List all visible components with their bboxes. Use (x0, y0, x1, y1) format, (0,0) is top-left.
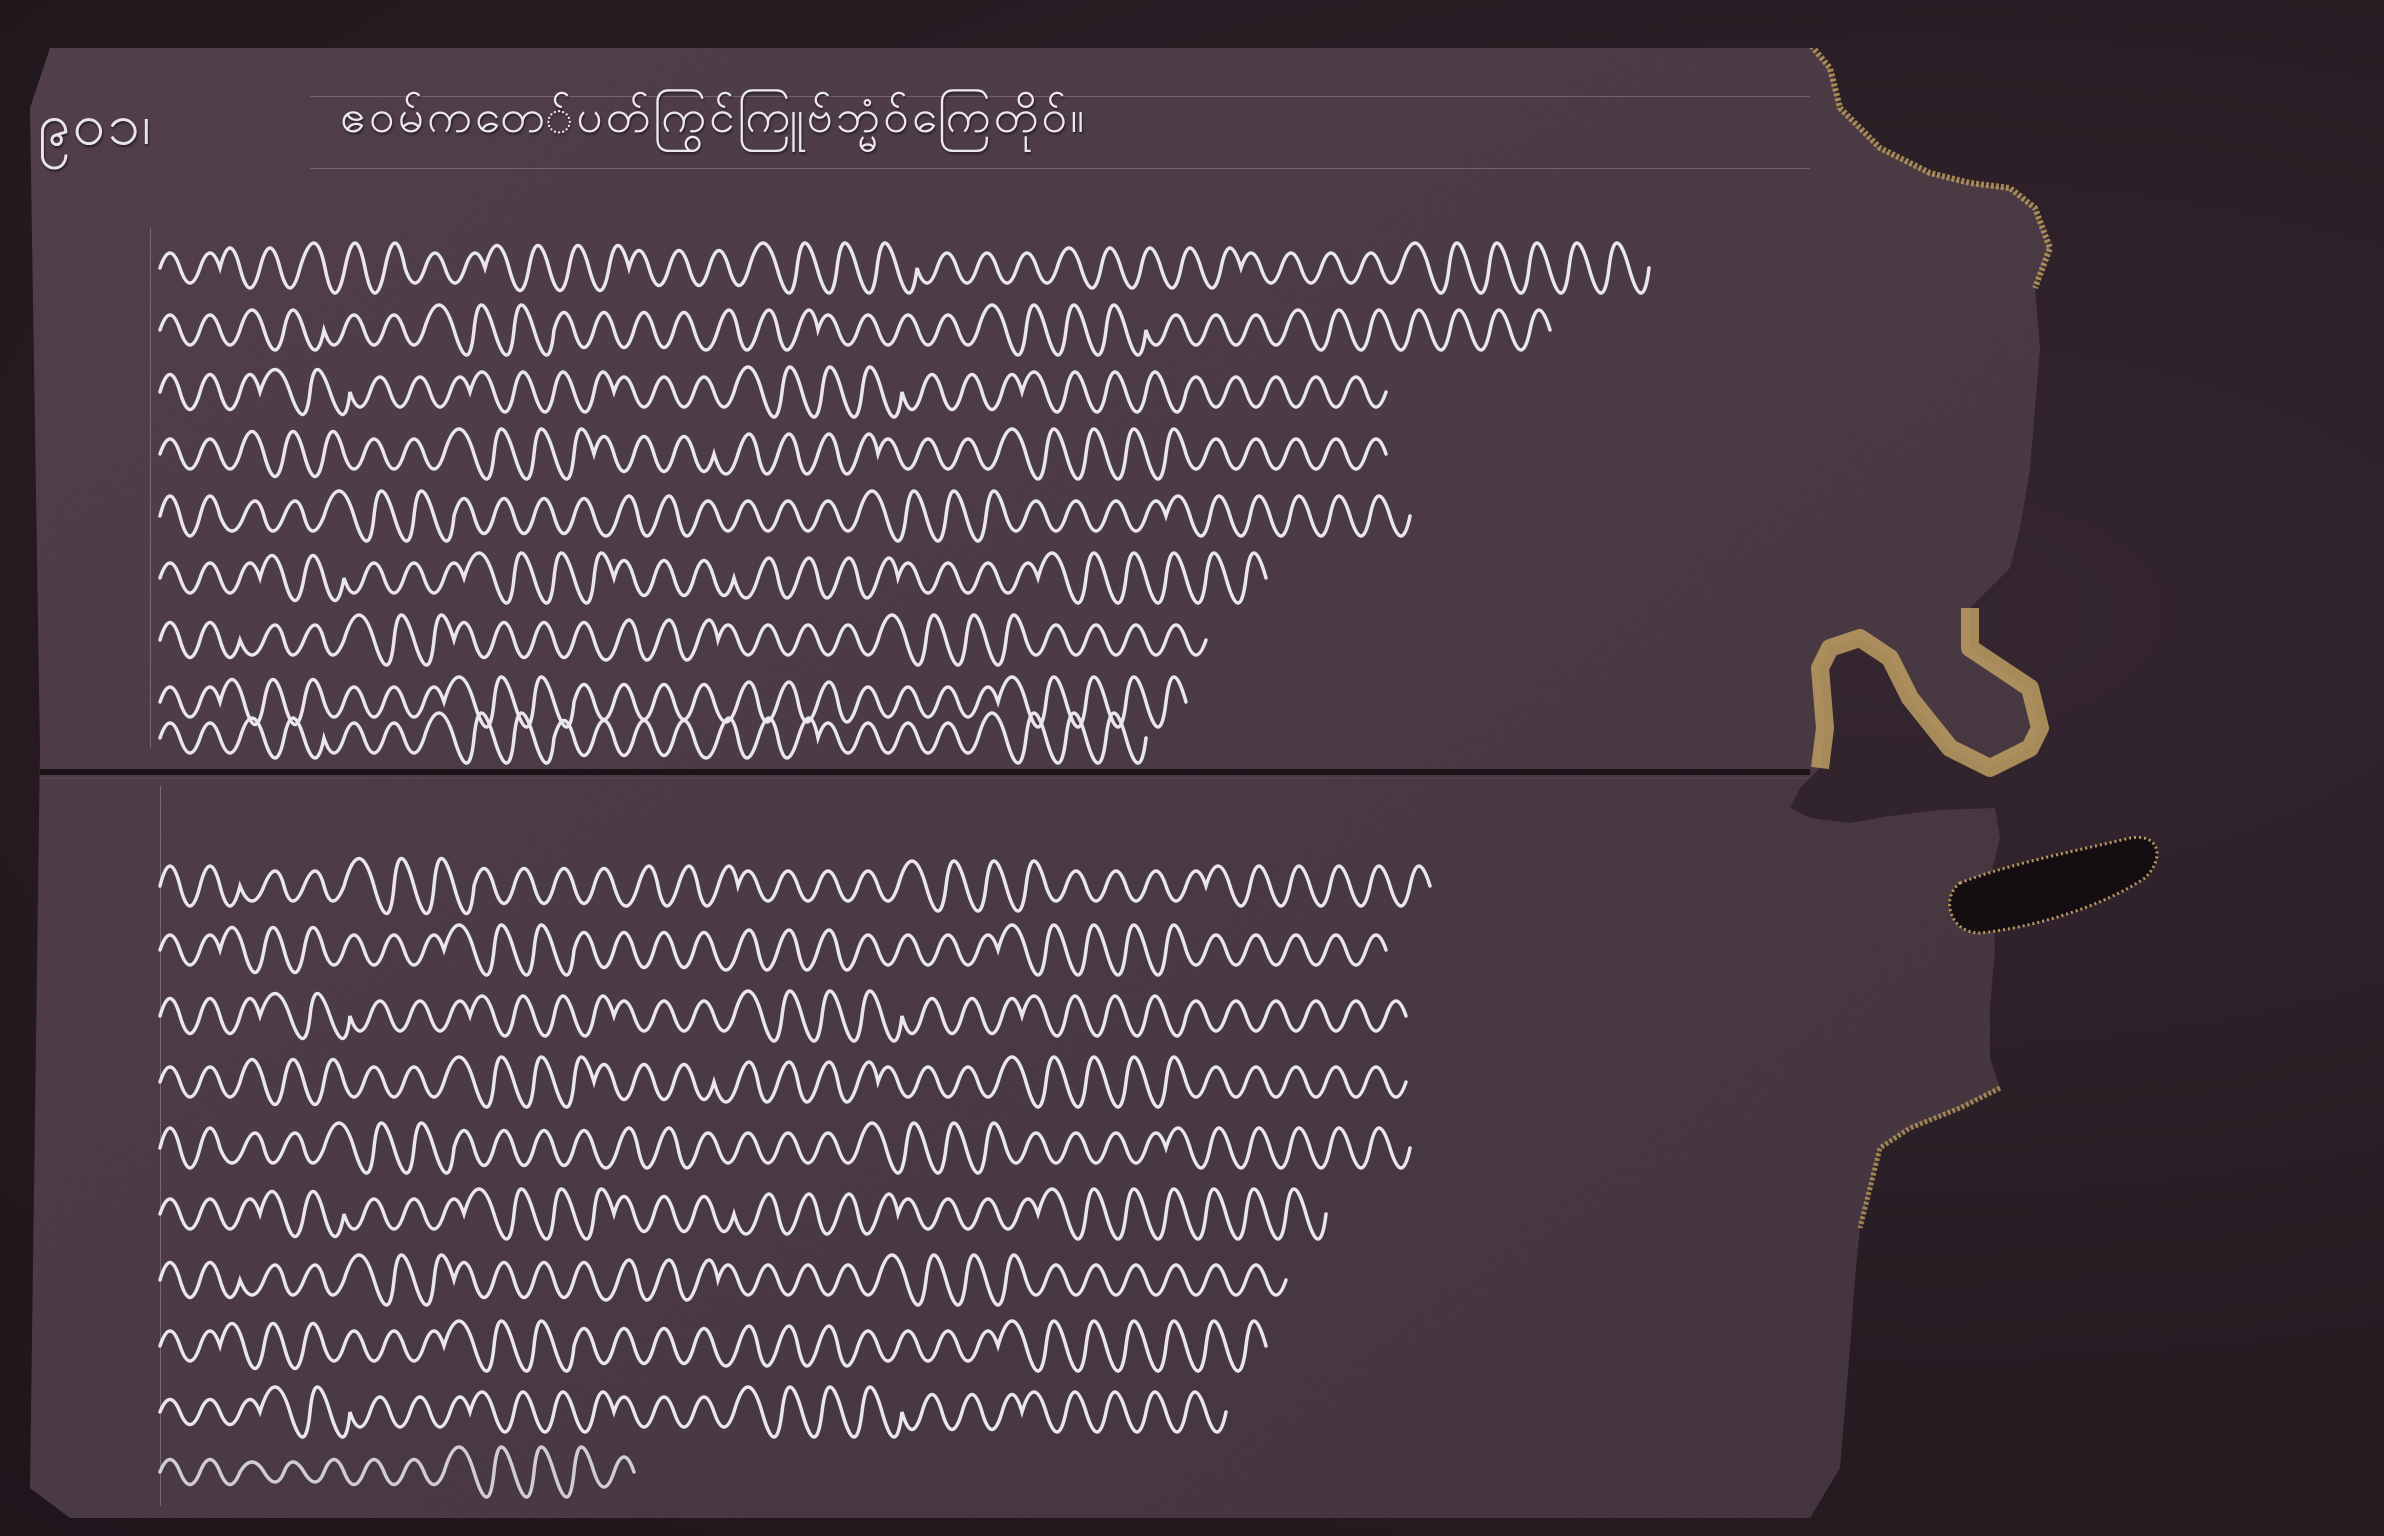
script-line (150, 900, 2010, 970)
script-line (150, 280, 2010, 350)
script-line (150, 1032, 2010, 1102)
script-line (150, 1098, 2010, 1168)
manuscript-heading: ဧဝမ်ကတေ်ပတ်ကြွင်ကြူဗ်ဘ္မံဝ်ကြေတိုဝ်။ (340, 88, 1087, 155)
script-line (150, 466, 2010, 536)
script-line (150, 404, 2010, 474)
top-panel: ၉၀၁၊ ဧဝမ်ကတေ်ပတ်ကြွင်ကြူဗ်ဘ္မံဝ်ကြေတိုဝ်… (10, 48, 2350, 768)
script-line (150, 698, 1830, 768)
script-line (150, 1296, 1930, 1366)
handwritten-text (150, 698, 1830, 768)
script-line (150, 342, 2010, 412)
script-line (150, 836, 2010, 906)
script-line (150, 966, 2010, 1036)
script-line (150, 1230, 2010, 1300)
script-line (150, 1164, 2010, 1234)
ruled-line (310, 168, 1810, 169)
manuscript-leaf: ၉၀၁၊ ဧဝမ်ကတေ်ပတ်ကြွင်ကြူဗ်ဘ္မံဝ်ကြေတိုဝ်… (10, 48, 2350, 1518)
folio-number: ၉၀၁၊ (38, 88, 153, 173)
bottom-panel (10, 776, 2350, 1518)
script-line (150, 218, 2010, 288)
script-line (150, 528, 1970, 598)
script-line (150, 1422, 710, 1492)
script-line (150, 590, 1850, 660)
handwritten-text (150, 1422, 710, 1502)
